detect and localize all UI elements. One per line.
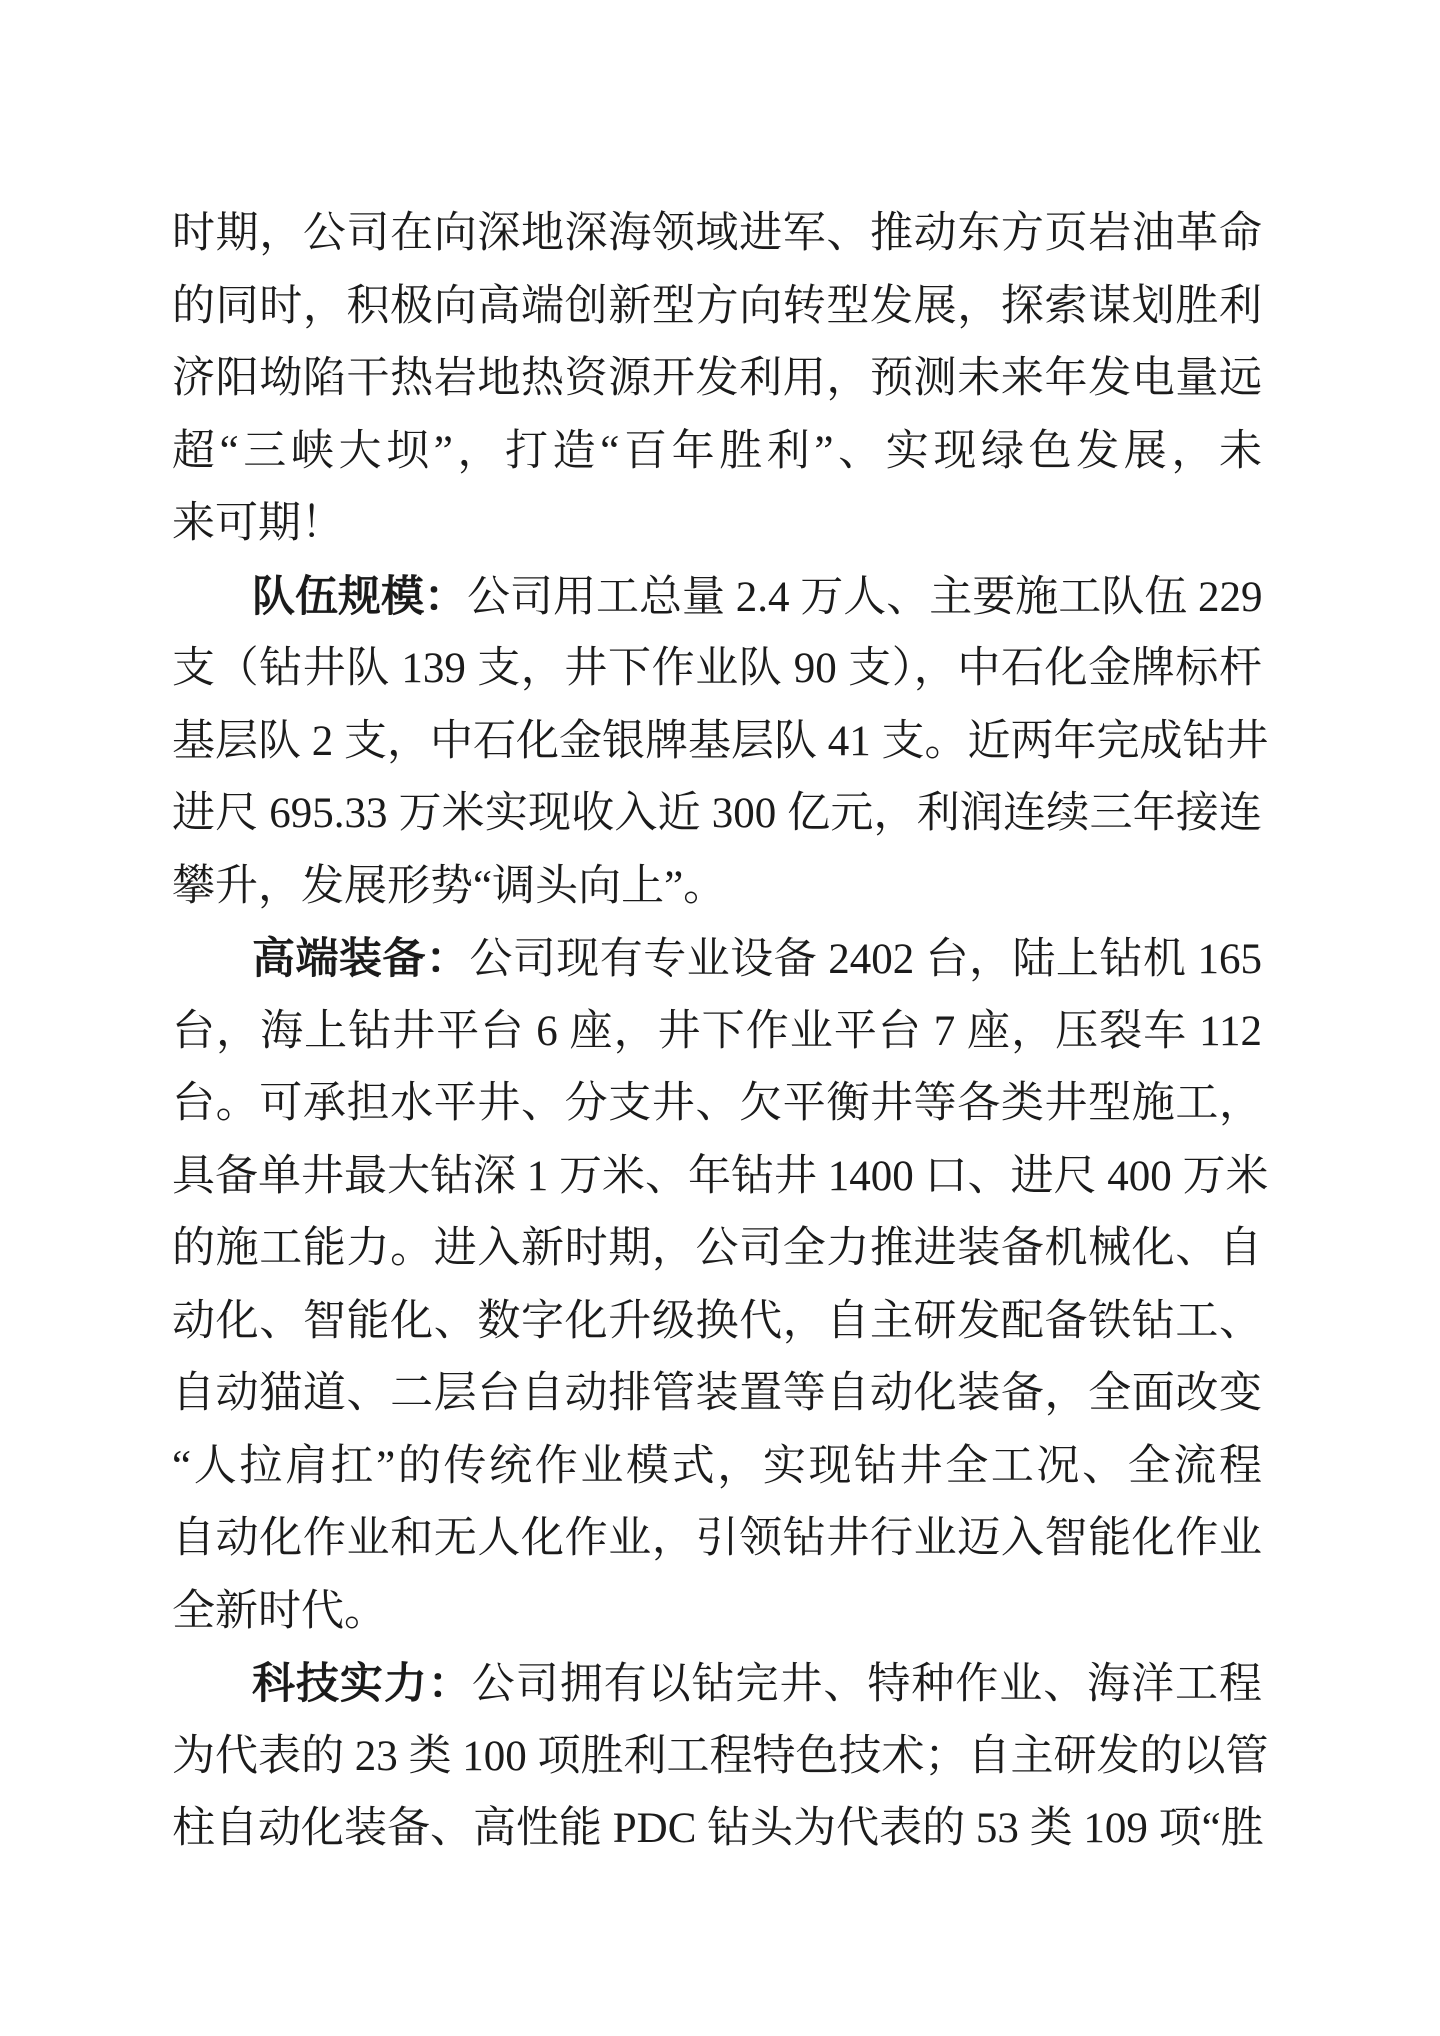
line-text: 台，海上钻井平台 6 座，井下作业平台 7 座，压裂车 112 xyxy=(172,1008,1262,1055)
line-text: 进尺 695.33 万米实现收入近 300 亿元，利润连续三年接连 xyxy=(172,790,1262,837)
line-text: 公司现有专业设备 2402 台，陆上钻机 165 xyxy=(469,936,1262,983)
text-line: 进尺 695.33 万米实现收入近 300 亿元，利润连续三年接连 xyxy=(172,778,1262,851)
text-line: 具备单井最大钻深 1 万米、年钻井 1400 口、进尺 400 万米 xyxy=(172,1141,1262,1214)
line-text: 柱自动化装备、高性能 PDC 钻头为代表的 53 类 109 项“胜 xyxy=(172,1805,1264,1852)
text-line: 支（钻井队 139 支，井下作业队 90 支），中石化金牌标杆 xyxy=(172,633,1262,706)
line-text: 的同时，积极向高端创新型方向转型发展，探索谋划胜利 xyxy=(172,283,1262,330)
text-line: 自动猫道、二层台自动排管装置等自动化装备，全面改变 xyxy=(172,1358,1262,1431)
text-line: 全新时代。 xyxy=(172,1576,1262,1649)
text-block: 时期，公司在向深地深海领域进军、推动东方页岩油革命的同时，积极向高端创新型方向转… xyxy=(172,198,1262,1866)
text-line: “人拉肩扛”的传统作业模式，实现钻井全工况、全流程 xyxy=(172,1431,1262,1504)
line-text: 攀升，发展形势“调头向上”。 xyxy=(172,863,726,910)
text-line: 超“三峡大坝”，打造“百年胜利”、实现绿色发展，未 xyxy=(172,416,1262,489)
line-text: 基层队 2 支，中石化金银牌基层队 41 支。近两年完成钻井 xyxy=(172,718,1269,765)
line-text: 超“三峡大坝”，打造“百年胜利”、实现绿色发展，未 xyxy=(172,428,1262,475)
line-text: 公司用工总量 2.4 万人、主要施工队伍 229 xyxy=(467,574,1263,621)
line-text: 来可期！ xyxy=(172,500,344,547)
text-line: 来可期！ xyxy=(172,488,1262,561)
line-text: 的施工能力。进入新时期，公司全力推进装备机械化、自 xyxy=(172,1225,1262,1272)
line-text: 时期，公司在向深地深海领域进军、推动东方页岩油革命 xyxy=(172,210,1262,257)
text-line: 台，海上钻井平台 6 座，井下作业平台 7 座，压裂车 112 xyxy=(172,996,1262,1069)
text-line: 基层队 2 支，中石化金银牌基层队 41 支。近两年完成钻井 xyxy=(172,706,1262,779)
line-text: 支（钻井队 139 支，井下作业队 90 支），中石化金牌标杆 xyxy=(172,645,1262,692)
line-text: 为代表的 23 类 100 项胜利工程特色技术；自主研发的以管 xyxy=(172,1733,1269,1780)
text-line: 台。可承担水平井、分支井、欠平衡井等各类井型施工， xyxy=(172,1068,1262,1141)
line-text: 公司拥有以钻完井、特种作业、海洋工程 xyxy=(472,1661,1262,1708)
text-line: 的施工能力。进入新时期，公司全力推进装备机械化、自 xyxy=(172,1213,1262,1286)
text-line: 自动化作业和无人化作业，引领钻井行业迈入智能化作业 xyxy=(172,1503,1262,1576)
line-text: “人拉肩扛”的传统作业模式，实现钻井全工况、全流程 xyxy=(172,1443,1262,1490)
text-line: 时期，公司在向深地深海领域进军、推动东方页岩油革命 xyxy=(172,198,1262,271)
text-line: 队伍规模：公司用工总量 2.4 万人、主要施工队伍 229 xyxy=(172,561,1262,634)
text-line: 为代表的 23 类 100 项胜利工程特色技术；自主研发的以管 xyxy=(172,1721,1262,1794)
line-text: 台。可承担水平井、分支井、欠平衡井等各类井型施工， xyxy=(172,1080,1262,1127)
line-text: 济阳坳陷干热岩地热资源开发利用，预测未来年发电量远 xyxy=(172,355,1262,402)
text-line: 科技实力：公司拥有以钻完井、特种作业、海洋工程 xyxy=(172,1648,1262,1721)
text-line: 动化、智能化、数字化升级换代，自主研发配备铁钻工、 xyxy=(172,1286,1262,1359)
text-line: 高端装备：公司现有专业设备 2402 台，陆上钻机 165 xyxy=(172,923,1262,996)
line-text: 具备单井最大钻深 1 万米、年钻井 1400 口、进尺 400 万米 xyxy=(172,1153,1269,1200)
section-heading: 科技实力： xyxy=(252,1660,472,1708)
line-text: 全新时代。 xyxy=(172,1588,387,1635)
text-line: 济阳坳陷干热岩地热资源开发利用，预测未来年发电量远 xyxy=(172,343,1262,416)
text-line: 柱自动化装备、高性能 PDC 钻头为代表的 53 类 109 项“胜 xyxy=(172,1793,1262,1866)
document-page: 时期，公司在向深地深海领域进军、推动东方页岩油革命的同时，积极向高端创新型方向转… xyxy=(0,0,1440,2036)
text-line: 攀升，发展形势“调头向上”。 xyxy=(172,851,1262,924)
line-text: 自动化作业和无人化作业，引领钻井行业迈入智能化作业 xyxy=(172,1515,1262,1562)
text-line: 的同时，积极向高端创新型方向转型发展，探索谋划胜利 xyxy=(172,271,1262,344)
line-text: 自动猫道、二层台自动排管装置等自动化装备，全面改变 xyxy=(172,1370,1262,1417)
line-text: 动化、智能化、数字化升级换代，自主研发配备铁钻工、 xyxy=(172,1298,1262,1345)
section-heading: 高端装备： xyxy=(252,935,469,983)
section-heading: 队伍规模： xyxy=(252,573,467,621)
